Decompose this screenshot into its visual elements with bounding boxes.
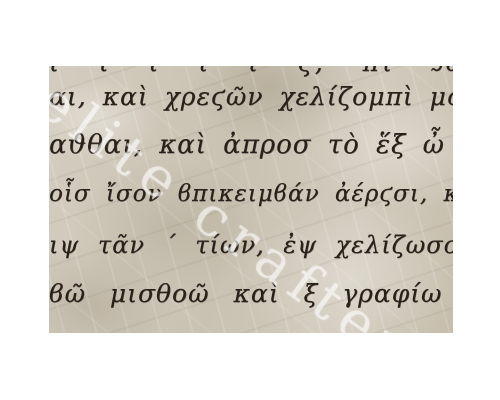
manuscript-photo: ι ι ι ι ι ϛ́, πὶ ϧῶ ϛ κειμ αι, καὶ χρεϛῶ… bbox=[49, 66, 453, 333]
manuscript-line: αϑθαι, καὶ ἀπροσ τὸ ἕξ ὦ ´ πῶ bbox=[49, 130, 453, 160]
manuscript-line: ιψ τᾶν ´ τίων, ἐψ χελίζωσοὶ μαμθάι bbox=[49, 231, 453, 259]
manuscript-line: οἷσ ἴσον ϐπικειμϐάν ἀέρϛσι, καὶ διδάξϣ bbox=[49, 181, 453, 207]
manuscript-line: αι, καὶ χρεϛῶν χελίζομπὶ μϛτάδϐοιψ bbox=[49, 82, 453, 111]
manuscript-line: ϐῶ μισθοῶ καὶ ξ γραφίω ; πλεϑ bbox=[49, 279, 453, 308]
manuscript-line: ι ι ι ι ι ϛ́, πὶ ϧῶ ϛ κειμ bbox=[49, 66, 453, 78]
